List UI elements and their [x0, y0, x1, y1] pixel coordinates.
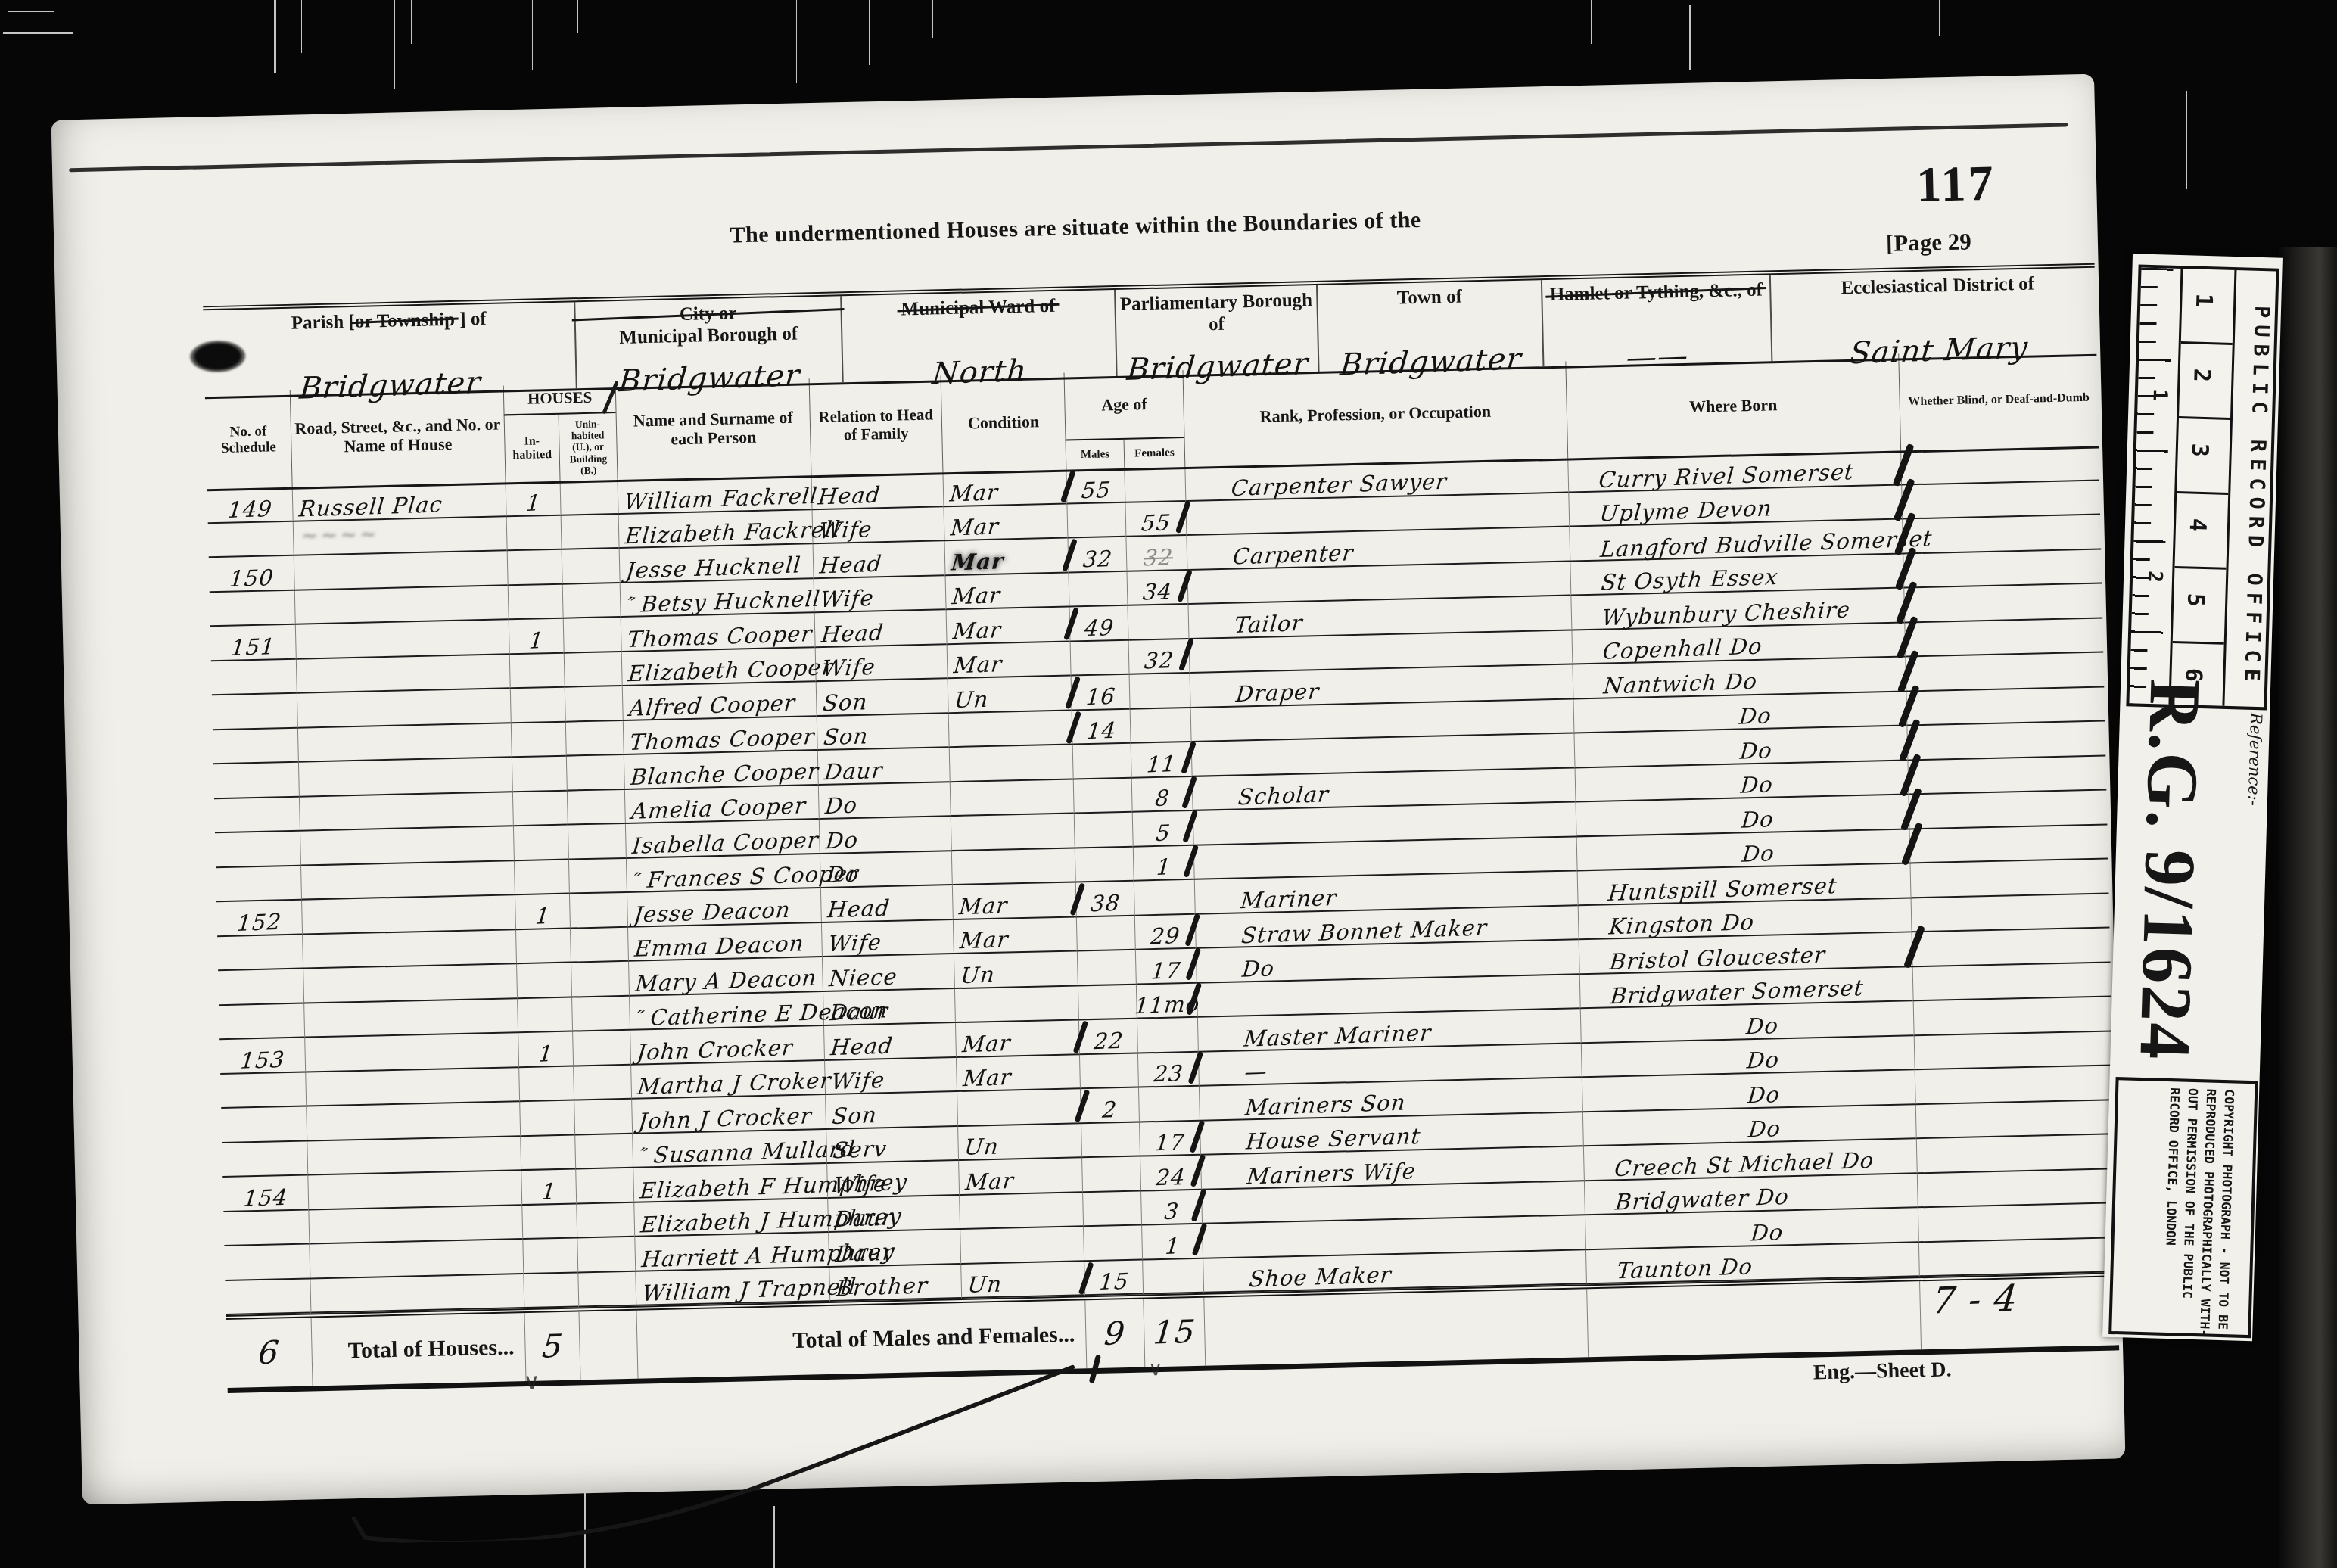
district-field: City or Municipal Borough ofBridgwater: [574, 296, 842, 388]
decorative-element: Draper: [1235, 680, 1321, 705]
cell-inhabited: 1: [515, 894, 570, 930]
cell-inhabited: [512, 791, 568, 826]
cell-name: Thomas Cooper: [621, 613, 815, 652]
cell-condition: Un: [960, 1262, 1084, 1299]
decorative-element: 3: [2186, 443, 2213, 457]
cell-name: ″Susanna Mullard: [632, 1129, 826, 1168]
decorative-element: Head: [829, 1034, 894, 1059]
cell-condition: Mar: [953, 917, 1077, 954]
cell-relation: Head: [811, 472, 943, 509]
decorative-element: Daur: [833, 1207, 894, 1231]
cell-road: [301, 895, 515, 935]
cell-uninhabited: [574, 1134, 633, 1169]
total-females-value: 15: [1152, 1315, 1197, 1349]
decorative-element: Isabella Cooper: [631, 829, 820, 857]
col-header-houses: HOUSES: [503, 383, 616, 415]
decorative-element: 14: [1085, 720, 1117, 742]
decorative-element: Thomas Cooper: [627, 622, 814, 650]
ditto-mark: ″: [638, 1146, 649, 1167]
cell-inhabited: [521, 1204, 577, 1240]
cell-age-females: [1137, 1018, 1198, 1053]
cell-inhabited: [509, 653, 565, 689]
decorative-element: Elizabeth Fackrell: [624, 518, 842, 548]
decorative-element: Daur: [829, 1000, 889, 1025]
cell-age-males: [1070, 640, 1129, 676]
col-header-name: Name and Surname of each Person: [615, 378, 811, 480]
cell-uninhabited: [560, 480, 618, 515]
cell-relation: Son: [817, 714, 949, 751]
film-scratch: [1591, 0, 1592, 44]
cell-blind: [1907, 756, 2106, 795]
decorative-element: 2: [1102, 1099, 1119, 1122]
decorative-element: Mar: [959, 929, 1010, 952]
film-scratch: [274, 0, 276, 73]
cell-uninhabited: [577, 1237, 635, 1273]
decorative-element: 3: [1163, 1200, 1180, 1223]
decorative-element: Mar: [953, 653, 1004, 677]
decorative-element: 15: [1143, 1298, 1205, 1367]
copyright-notice-box: COPYRIGHT PHOTOGRAPH - NOT TO BEREPRODUC…: [2108, 1077, 2258, 1338]
decorative-element: Mariners Son: [1244, 1091, 1407, 1118]
cell-blind: [1908, 790, 2107, 829]
cell-schedule: [210, 590, 295, 627]
cell-condition: [951, 848, 1075, 885]
cell-age-males: 2: [1080, 1088, 1139, 1124]
cell-road: [295, 620, 509, 659]
ruler-cell: 1: [2181, 269, 2235, 345]
cell-name: Thomas Cooper: [623, 717, 817, 755]
decorative-element: 4: [2184, 518, 2211, 532]
cell-uninhabited: [569, 893, 627, 929]
ruler-inch-number: 2: [2143, 571, 2166, 583]
cell-relation: Wife: [815, 645, 948, 682]
cell-age-males: 14: [1072, 709, 1131, 745]
cell-road: [309, 1240, 523, 1279]
cell-relation: Head: [823, 1023, 956, 1060]
district-field-label: Parliamentary Borough of: [1116, 285, 1317, 338]
cell-schedule: [223, 1210, 309, 1246]
decorative-element: Town of: [1397, 287, 1463, 309]
cell-condition: [959, 1193, 1083, 1230]
cell-schedule: [216, 866, 301, 902]
cell-name: Isabella Cooper: [625, 820, 820, 858]
cell-age-males: [1081, 1122, 1140, 1158]
decorative-element: Do: [1750, 1221, 1784, 1244]
decorative-element: Daur: [835, 1241, 895, 1265]
cell-schedule: 151: [210, 625, 296, 661]
decorative-element: Do: [826, 863, 860, 886]
decorative-element: Un: [954, 688, 990, 711]
decorative-element: 17: [1154, 1131, 1186, 1154]
decorative-element: Bridgwater Do: [1614, 1186, 1790, 1214]
pen-swoosh-mark: [307, 1345, 1143, 1545]
decorative-element: Mar: [951, 550, 1005, 574]
col-header-condition: Condition: [941, 373, 1066, 473]
col-header-where-born: Where Born: [1565, 354, 1900, 459]
cell-age-females: [1138, 1087, 1200, 1122]
decorative-element: Betsy Hucknell: [640, 588, 822, 616]
houses-label: HOUSES: [527, 389, 593, 408]
cell-inhabited: [507, 550, 562, 586]
cell-road: [299, 792, 513, 832]
decorative-element: 1: [1164, 1235, 1181, 1258]
film-scratch: [1939, 0, 1940, 36]
cell-blind: [1903, 584, 2102, 623]
public-record-office-text: PUBLIC RECORD OFFICE: [2239, 306, 2273, 689]
cell-age-females: 32: [1128, 639, 1190, 674]
cell-age-males: [1078, 985, 1137, 1020]
film-scratch: [411, 0, 412, 44]
cell-uninhabited: [562, 549, 620, 584]
cell-blind: [1917, 1169, 2116, 1208]
cell-relation: Daur: [823, 989, 955, 1026]
cell-road: [310, 1274, 524, 1314]
decorative-element: Do: [1746, 1049, 1780, 1072]
cell-age-males: 49: [1069, 606, 1128, 642]
cell-relation: Serv: [826, 1127, 958, 1164]
decorative-element: John J Crocker: [637, 1105, 813, 1133]
decorative-element: Wife: [818, 518, 873, 542]
cell-age-females: 1: [1133, 845, 1194, 881]
film-scratch: [301, 0, 302, 53]
district-field: Parish [or Township ] ofBridgwater: [203, 302, 575, 397]
decorative-element: 1: [534, 905, 551, 928]
cell-relation: Head: [813, 541, 945, 578]
cell-uninhabited: [577, 1271, 636, 1307]
cell-schedule: [215, 832, 300, 868]
cell-schedule: [220, 1072, 306, 1109]
decorative-element: Uplyme Devon: [1598, 497, 1772, 525]
col-header-females: Females: [1124, 438, 1185, 468]
cell-age-males: 16: [1071, 675, 1130, 711]
cell-age-males: [1079, 1053, 1138, 1089]
decorative-element: 49: [1083, 616, 1115, 639]
decorative-element: Elizabeth Cooper: [627, 656, 834, 685]
cell-uninhabited: [565, 720, 624, 756]
cell-blind: [1918, 1203, 2117, 1242]
decorative-element: Susanna Mullard: [652, 1138, 856, 1167]
cell-inhabited: [515, 929, 571, 964]
cell-schedule: [218, 969, 303, 1006]
decorative-element: Son: [823, 725, 870, 748]
ditto-mark: ″: [634, 1008, 646, 1029]
decorative-element: Jesse Hucknell: [625, 554, 802, 582]
cell-age-females: [1130, 708, 1191, 743]
cell-inhabited: [518, 1066, 574, 1102]
decorative-element: Wife: [827, 932, 882, 955]
film-scratch: [2186, 91, 2187, 189]
decorative-element: Mar: [950, 515, 1000, 539]
decorative-element: Taunton Do: [1616, 1255, 1754, 1282]
cell-inhabited: [523, 1273, 578, 1308]
decorative-element: Huntspill Somerset: [1607, 874, 1838, 904]
film-scratch: [869, 0, 870, 65]
cell-condition: [957, 1089, 1081, 1126]
district-field: Ecclesiastical District ofSaint Mary: [1769, 267, 2105, 361]
cell-name: Mary A Deacon: [628, 957, 823, 996]
cell-road: [303, 999, 518, 1038]
cell-age-females: 11mo: [1136, 983, 1197, 1019]
cell-relation: Head: [820, 885, 953, 922]
decorative-element: Municipal Borough of: [619, 323, 798, 347]
cell-schedule: [217, 935, 303, 971]
folio-number: 117: [1915, 155, 1996, 214]
decorative-element: 32: [1143, 546, 1175, 569]
cell-name: John J Crocker: [631, 1095, 826, 1134]
cell-schedule: [213, 763, 299, 799]
cell-blind: [1912, 963, 2111, 1001]
ruler-cell: 4: [2174, 493, 2228, 570]
cell-age-males: 38: [1075, 882, 1134, 917]
cell-blind: [1911, 894, 2110, 932]
decorative-element: Niece: [828, 966, 898, 990]
enumerator-mark: 7 - 4: [1931, 1277, 2020, 1323]
cell-uninhabited: [568, 858, 627, 894]
film-edge-band: [2279, 247, 2337, 1568]
decorative-element: Jesse Deacon: [633, 898, 792, 926]
cell-age-males: [1081, 1157, 1140, 1193]
smudged-note: ∼∼∼∼: [301, 524, 380, 546]
cell-condition: Un: [948, 676, 1072, 713]
cell-schedule: [221, 1107, 307, 1143]
film-scratch: [3, 32, 73, 34]
district-field-label: City or Municipal Borough of: [575, 296, 841, 350]
decorative-element: Emma Deacon: [633, 932, 805, 960]
cell-condition: Mar: [956, 1055, 1080, 1092]
cell-condition: Mar: [942, 470, 1066, 507]
cell-blind: [1912, 928, 2111, 966]
col-header-blind-deaf: Whether Blind, or Deaf-and-Dumb: [1898, 350, 2099, 451]
decorative-element: Carpenter: [1232, 542, 1355, 568]
cell-road: [307, 1171, 521, 1210]
decorative-element: St Osyth Essex: [1601, 566, 1780, 594]
cell-inhabited: 1: [521, 1170, 576, 1206]
cell-relation: Wife: [821, 920, 954, 957]
decorative-element: Do: [825, 829, 859, 851]
decorative-element: Mariners Wife: [1246, 1160, 1417, 1187]
cell-blind: [1918, 1238, 2118, 1277]
decorative-element: Head: [819, 552, 883, 577]
decorative-element: Do: [1747, 1084, 1781, 1106]
cell-schedule: 150: [209, 556, 294, 593]
district-field: Parliamentary Borough ofBridgwater: [1114, 285, 1318, 376]
cell-road: ∼∼∼∼: [293, 517, 507, 556]
reference-label: Reference:-: [2245, 713, 2265, 806]
decorative-element: [1586, 1281, 1921, 1357]
decorative-element: Un: [960, 963, 996, 987]
cell-uninhabited: [568, 824, 626, 860]
cell-relation: Head: [814, 610, 947, 647]
cell-schedule: 149: [207, 487, 293, 524]
cell-condition: Mar: [945, 573, 1069, 610]
decorative-element: Mar: [962, 1066, 1013, 1090]
total-houses-value: 5: [540, 1330, 565, 1362]
cell-blind: [1910, 859, 2109, 898]
decorative-element: 1: [525, 492, 542, 515]
cell-name: Harriett A Humphrey: [634, 1233, 829, 1271]
reference-number: R.G. 9/1624: [2123, 677, 2217, 1062]
cell-relation: Wife: [824, 1058, 957, 1095]
decorative-element: Do: [1738, 705, 1772, 727]
cell-age-females: [1129, 674, 1190, 709]
decorative-element: 38: [1090, 891, 1122, 914]
cell-name: ″Betsy Hucknell: [620, 579, 814, 618]
cell-inhabited: [510, 688, 565, 723]
cell-age-females: [1124, 467, 1185, 502]
cell-schedule: 152: [216, 901, 302, 937]
page-number-label: [Page 29: [1886, 228, 1972, 257]
cell-uninhabited: [574, 1100, 632, 1135]
district-field-label: Ecclesiastical District of: [1771, 267, 2105, 301]
col-header-schedule: No. of Schedule: [205, 390, 292, 490]
decorative-element: Amelia Cooper: [630, 795, 807, 823]
decorative-element: Son: [831, 1104, 878, 1128]
decorative-element: John Crocker: [636, 1036, 794, 1063]
cell-uninhabited: [576, 1202, 634, 1238]
decorative-element: William J Trapnell: [641, 1276, 857, 1305]
decorative-element: Parliamentary Borough of: [1119, 290, 1312, 334]
cell-name: William Fackrell: [618, 475, 812, 514]
cell-inhabited: [513, 826, 568, 861]
decorative-element: 149: [227, 498, 273, 521]
ditto-mark: ″: [625, 595, 636, 616]
cell-condition: [949, 745, 1073, 782]
cell-uninhabited: [573, 1065, 631, 1100]
cell-schedule: [211, 659, 297, 695]
cell-age-males: 22: [1078, 1019, 1137, 1055]
cell-name: Jesse Deacon: [627, 888, 821, 927]
cell-uninhabited: [564, 652, 622, 687]
cell-condition: Mar: [943, 504, 1067, 541]
cell-blind: [1903, 549, 2102, 588]
cell-age-females: 55: [1125, 501, 1186, 537]
cell-name: Jesse Hucknell: [619, 544, 814, 583]
cell-relation: Son: [825, 1092, 957, 1129]
decorative-element: 29: [1150, 925, 1181, 947]
decorative-element: Martha J Croker: [636, 1069, 832, 1098]
cell-inhabited: [512, 757, 567, 792]
decorative-element: Bristol Gloucester: [1609, 944, 1826, 973]
film-scratch: [532, 0, 533, 70]
cell-schedule: [225, 1279, 310, 1315]
cell-road: [304, 1033, 518, 1072]
cell-condition: Mar: [955, 1020, 1079, 1057]
cell-schedule: [208, 521, 294, 558]
cell-age-males: [1072, 744, 1131, 779]
decorative-element: 16: [1084, 685, 1116, 708]
cell-name: ″Catherine E Deacon: [629, 992, 823, 1031]
cell-condition: [950, 779, 1074, 817]
cell-relation: Wife: [812, 507, 944, 544]
film-scratch: [394, 0, 395, 89]
cell-condition: Mar: [958, 1158, 1082, 1195]
cell-road: [302, 930, 516, 969]
decorative-element: 22: [1093, 1029, 1125, 1052]
col-header-inhabited: In-habited: [504, 415, 560, 483]
cell-condition: Un: [957, 1124, 1081, 1161]
decorative-element: Wife: [821, 656, 876, 680]
cell-inhabited: [516, 963, 571, 999]
cell-age-males: [1069, 571, 1128, 607]
cell-blind: [1915, 1066, 2114, 1104]
ruler-major-ticks: [2129, 268, 2173, 705]
decorative-element: William Fackrell: [624, 484, 819, 513]
cell-blind: [1906, 722, 2105, 761]
decorative-element: Do: [824, 795, 858, 817]
cell-road: [297, 723, 512, 763]
cell-age-females: 8: [1131, 776, 1193, 812]
ruler-cell: 5: [2173, 568, 2227, 645]
decorative-element: Mar: [961, 1032, 1012, 1056]
cell-relation: Wife: [814, 576, 946, 613]
decorative-element: Do: [1739, 739, 1773, 762]
decorative-element: Un: [967, 1273, 1004, 1296]
decorative-element: Daur: [823, 759, 884, 783]
decorative-element: Nantwich Do: [1603, 670, 1759, 697]
cell-name: John Crocker: [630, 1026, 824, 1065]
cell-schedule: 153: [219, 1038, 305, 1075]
decorative-element: ] of: [455, 309, 487, 330]
decorative-element: 24: [1155, 1165, 1187, 1188]
cell-relation: Do: [820, 851, 952, 888]
decorative-element: [351, 1367, 1077, 1545]
cell-road: [300, 861, 515, 901]
decorative-element: 15: [1098, 1271, 1130, 1293]
table-body: 149Russell Plac1William FackrellHeadMar5…: [207, 446, 2118, 1315]
decorative-element: Do: [1740, 773, 1774, 796]
cell-name: Martha J Croker: [630, 1061, 825, 1100]
cell-age-females: [1128, 605, 1189, 640]
decorative-element: Do: [1741, 842, 1775, 865]
cell-age-females: 11: [1131, 742, 1192, 778]
cell-age-males: [1077, 950, 1136, 986]
decorative-element: 11: [1146, 753, 1178, 776]
cell-inhabited: 1: [506, 481, 561, 517]
decorative-element: 1: [528, 630, 545, 652]
col-header-relation: Relation to Head of Family: [809, 375, 943, 475]
cell-schedule: [213, 728, 298, 764]
cell-condition: Mar: [947, 642, 1071, 679]
cell-blind: [1906, 687, 2105, 726]
decorative-element: 23: [1153, 1062, 1184, 1085]
cell-condition: Mar: [946, 608, 1070, 645]
decorative-element: Head: [820, 621, 885, 646]
film-scratch: [932, 0, 933, 38]
cell-age-males: [1076, 916, 1135, 951]
decorative-element: Master Mariner: [1243, 1022, 1432, 1050]
decorative-element: 32: [1144, 649, 1175, 672]
decorative-element: Alfred Cooper: [628, 692, 796, 719]
cell-uninhabited: [571, 996, 630, 1031]
cell-condition: [960, 1227, 1084, 1264]
cell-uninhabited: [562, 583, 621, 618]
cell-uninhabited: [570, 927, 628, 963]
decorative-element: Head: [826, 897, 891, 921]
decorative-element: Blanche Cooper: [630, 760, 820, 788]
page-heading: The undermentioned Houses are situate wi…: [54, 192, 2097, 264]
cell-age-males: [1073, 778, 1132, 814]
cell-road: [308, 1206, 522, 1245]
decorative-element: 6: [226, 1318, 313, 1388]
district-field: Town ofBridgwater: [1316, 280, 1543, 372]
cell-age-males: [1082, 1191, 1141, 1227]
cell-uninhabited: [567, 789, 625, 825]
cell-age-males: 32: [1067, 537, 1126, 573]
decorative-element: Un: [963, 1136, 1000, 1159]
ruler-numbered-cells: 123456: [2171, 269, 2236, 706]
decorative-element: City or: [575, 300, 841, 328]
cell-road: [294, 586, 509, 625]
